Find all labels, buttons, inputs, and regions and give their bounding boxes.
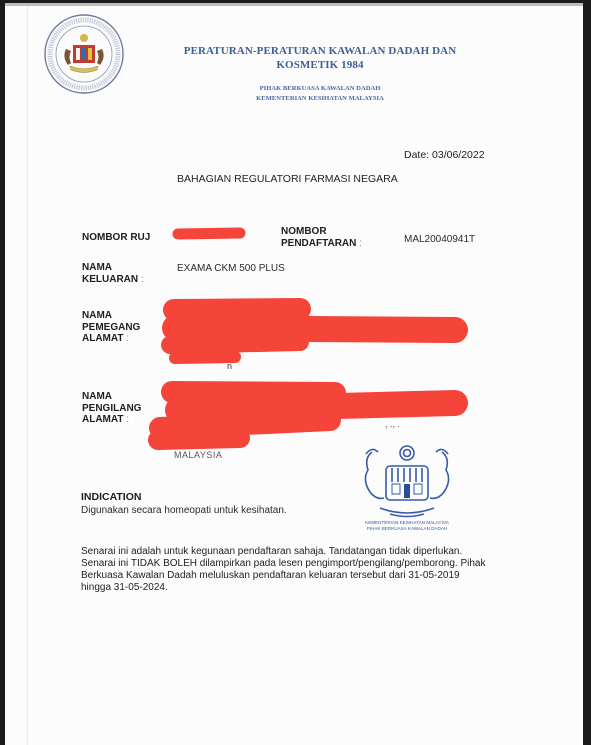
registration-no-label: NOMBOR PENDAFTARAN : [281,226,362,249]
manufacturer-address-label: ALAMAT [82,414,123,425]
colon: : [126,414,129,425]
manufacturer-label-line-2: PENGILANG [82,403,141,415]
registration-label-text: PENDAFTARAN [281,238,356,249]
product-label-line-2: KELUARAN : [82,274,144,286]
document-title: PERATURAN-PERATURAN KAWALAN DADAH DAN KO… [170,44,470,72]
stamp-caption: KEMENTERIAN KESIHATAN MALAYSIA PIHAK BER… [346,520,468,532]
holder-label: NAMA PEMEGANG ALAMAT : [82,310,140,345]
manufacturer-country-fragment: MALAYSIA [174,450,222,460]
holder-address-label: ALAMAT [82,333,123,344]
notes-line-3: Berkuasa Kawalan Dadah meluluskan pendaf… [81,570,521,582]
title-line-2: KOSMETIK 1984 [170,58,470,72]
malaysia-seal-icon [43,13,125,95]
department-name: BAHAGIAN REGULATORI FARMASI NEGARA [177,173,398,185]
page-fold-line [27,6,28,745]
ministry-crest-stamp-icon [352,440,462,532]
document-page [5,3,583,745]
colon: : [359,238,362,249]
colon: : [141,274,144,285]
manufacturer-label-line-1: NAMA [82,391,141,403]
registration-no-value: MAL20040941T [404,234,475,245]
product-name-value: EXAMA CKM 500 PLUS [177,263,285,274]
text-fragment: n [227,361,232,371]
holder-label-line-3: ALAMAT : [82,333,140,345]
holder-label-line-2: PEMEGANG [82,322,140,334]
registration-label-line-2: PENDAFTARAN : [281,238,362,250]
registration-notes: Senarai ini adalah untuk kegunaan pendaf… [81,546,521,594]
manufacturer-label-line-3: ALAMAT : [82,414,141,426]
manufacturer-label: NAMA PENGILANG ALAMAT : [82,391,141,426]
subtitle-line-1: PIHAK BERKUASA KAWALAN DADAH [170,84,470,94]
notes-line-1: Senarai ini adalah untuk kegunaan pendaf… [81,546,521,558]
indication-label: INDICATION [81,491,141,503]
product-name-label: NAMA KELUARAN : [82,262,144,285]
product-label-text: KELUARAN [82,274,138,285]
ref-no-label: NOMBOR RUJ [82,232,150,244]
document-date: Date: 03/06/2022 [404,149,485,161]
holder-label-line-1: NAMA [82,310,140,322]
notes-line-4: hingga 31-05-2024. [81,582,521,594]
colon: : [126,333,129,344]
notes-line-2: Senarai ini TIDAK BOLEH dilampirkan pada… [81,558,521,570]
title-line-1: PERATURAN-PERATURAN KAWALAN DADAH DAN [170,44,470,58]
document-subtitle: PIHAK BERKUASA KAWALAN DADAH KEMENTERIAN… [170,84,470,104]
indication-text: Digunakan secara homeopati untuk kesihat… [81,505,287,516]
subtitle-line-2: KEMENTERIAN KESIHATAN MALAYSIA [170,94,470,104]
stamp-caption-line-2: PIHAK BERKUASA KAWALAN DADAH [346,526,468,532]
text-fragment: , ., . [385,419,400,429]
product-label-line-1: NAMA [82,262,144,274]
registration-label-line-1: NOMBOR [281,226,362,238]
